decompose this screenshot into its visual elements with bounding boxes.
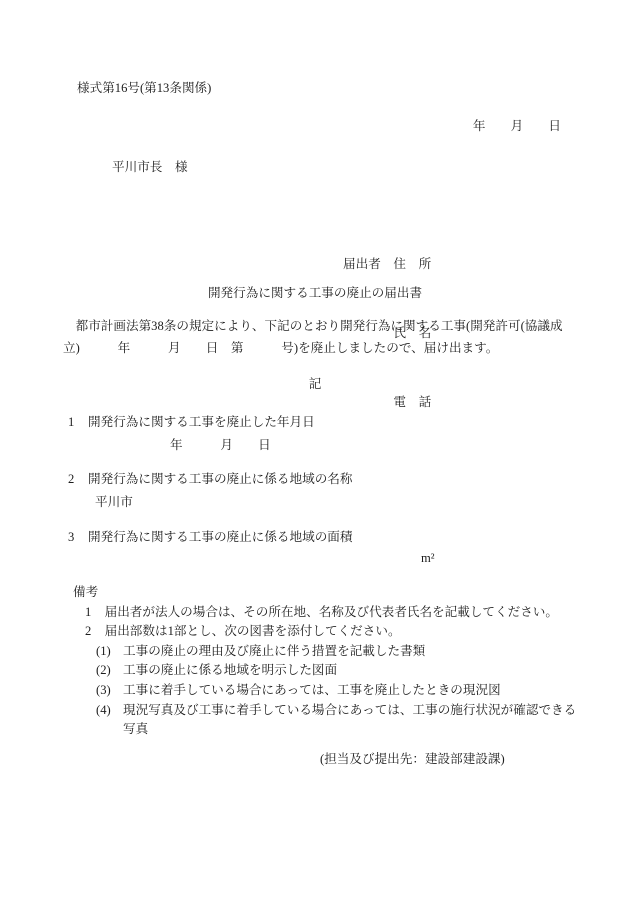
form-number: 様式第16号(第13条関係) [77,78,211,98]
remarks-section: 備考 1 届出者が法人の場合は、その所在地、名称及び代表者氏名を記載してください… [0,583,630,740]
addressee: 平川市長 様 [112,157,188,177]
attachment-number: (1) [96,642,123,662]
attachment-item: (1) 工事の廃止の理由及び廃止に伴う措置を記載した書類 [96,642,630,662]
remark-note-text: 届出者が法人の場合は、その所在地、名称及び代表者氏名を記載してください。 [105,603,558,623]
attachment-item: (3) 工事に着手している場合にあっては、工事を廃止したときの現況図 [96,681,630,701]
attachment-number: (4) [96,701,123,740]
item-1: 1 開発行為に関する工事を廃止した年月日 [68,412,315,432]
record-marker: 記 [0,374,630,394]
attachment-number: (3) [96,681,123,701]
attachment-item: (4) 現況写真及び工事に着手している場合にあっては、工事の施行状況が確認できる… [96,701,630,740]
item-2: 2 開発行為に関する工事の廃止に係る地域の名称 [68,469,352,489]
item-3-label: 開発行為に関する工事の廃止に係る地域の面積 [88,527,352,547]
attachment-text: 工事の廃止の理由及び廃止に伴う措置を記載した書類 [123,642,425,662]
item-1-number: 1 [68,412,88,432]
item-3: 3 開発行為に関する工事の廃止に係る地域の面積 [68,527,352,547]
item-1-date-value: 年 月 日 [170,435,271,455]
item-2-number: 2 [68,469,88,489]
remark-note-number: 2 [85,622,105,642]
remark-note: 1 届出者が法人の場合は、その所在地、名称及び代表者氏名を記載してください。 [85,603,630,623]
applicant-phone-line: 電 話 [343,391,431,414]
attachment-text: 工事の廃止に係る地域を明示した図面 [123,661,337,681]
item-3-number: 3 [68,527,88,547]
attachment-number: (2) [96,661,123,681]
remark-note-number: 1 [85,603,105,623]
body-paragraph: 都市計画法第38条の規定により、下記のとおり開発行為に関する工事(開発許可(協議… [63,315,613,359]
item-2-label: 開発行為に関する工事の廃止に係る地域の名称 [88,469,352,489]
document-page: 様式第16号(第13条関係) 年 月 日 平川市長 様 届出者 住 所 氏 名 … [0,0,630,903]
attachment-text: 工事に着手している場合にあっては、工事を廃止したときの現況図 [123,681,501,701]
document-title: 開発行為に関する工事の廃止の届出書 [0,283,630,303]
item-2-region-value: 平川市 [95,492,133,512]
item-1-label: 開発行為に関する工事を廃止した年月日 [88,412,315,432]
footer-contact: (担当及び提出先：建設部建設課) [320,749,505,769]
item-3-area-unit: m² [421,548,435,568]
attachment-text: 現況写真及び工事に着手している場合にあっては、工事の施行状況が確認できる 写真 [123,701,576,740]
remark-note-text: 届出部数は1部とし、次の図書を添付してください。 [105,622,401,642]
attachment-item: (2) 工事の廃止に係る地域を明示した図面 [96,661,630,681]
remarks-heading: 備考 [73,583,630,603]
issue-date-line: 年 月 日 [0,116,630,136]
remark-note: 2 届出部数は1部とし、次の図書を添付してください。 [85,622,630,642]
applicant-address-line: 届出者 住 所 [343,253,431,276]
